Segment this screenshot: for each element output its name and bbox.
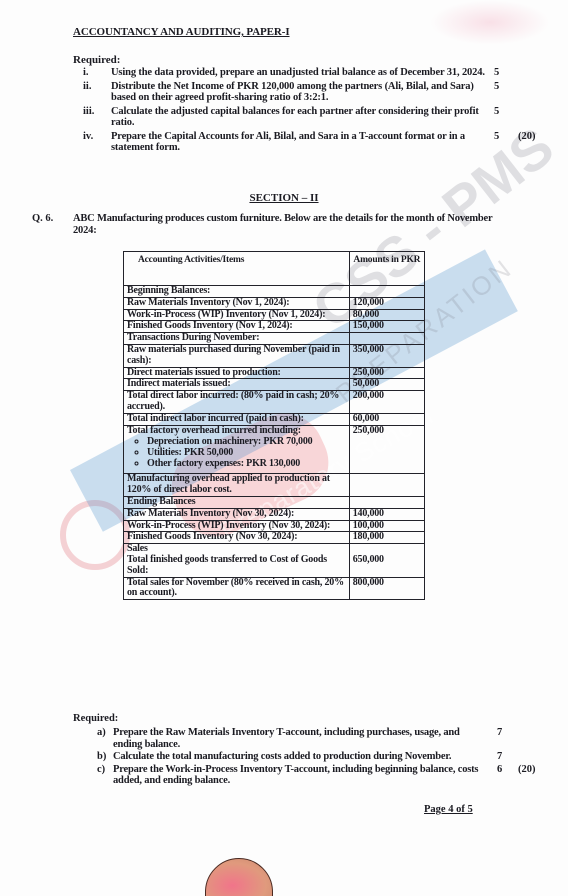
- item-marks: 7: [497, 727, 502, 739]
- section-label: Transactions During November:: [127, 333, 346, 344]
- amount-cell: [349, 474, 424, 497]
- accounting-data-table: Accounting Activities/Items Amounts in P…: [123, 251, 425, 600]
- item-label: Raw materials purchased during November …: [127, 345, 346, 367]
- item-text: Using the data provided, prepare an unad…: [111, 67, 491, 79]
- amount-cell: 250,000: [349, 425, 424, 474]
- item-cell: Finished Goods Inventory (Nov 30, 2024):: [124, 532, 350, 544]
- item-cell: Total factory overhead incurred includin…: [124, 425, 350, 474]
- table-header-row: Accounting Activities/Items Amounts in P…: [124, 252, 425, 286]
- item-label: Raw Materials Inventory (Nov 1, 2024):: [127, 298, 346, 309]
- item-marks: 7: [497, 751, 502, 763]
- item-letter: b): [97, 751, 106, 763]
- item-label: Work-in-Process (WIP) Inventory (Nov 30,…: [127, 521, 346, 532]
- item-label: Total indirect labor incurred (paid in c…: [127, 414, 346, 425]
- item-label: Direct materials issued to production:: [127, 368, 346, 379]
- item-total: (20): [518, 131, 536, 143]
- table-row: Finished Goods Inventory (Nov 1, 2024):1…: [124, 321, 425, 333]
- table-row: Work-in-Process (WIP) Inventory (Nov 30,…: [124, 520, 425, 532]
- item-label: Total factory overhead incurred includin…: [127, 426, 346, 437]
- table-section-row: Beginning Balances:: [124, 286, 425, 298]
- thumb-in-photo: [205, 858, 273, 896]
- amount-cell: [349, 286, 424, 298]
- item-number: ii.: [83, 81, 91, 93]
- item-marks: 5: [494, 67, 499, 79]
- item-label: Indirect materials issued:: [127, 379, 346, 390]
- photo-glare: [430, 0, 550, 45]
- amount-cell: 100,000: [349, 520, 424, 532]
- item-text: Calculate the adjusted capital balances …: [111, 106, 491, 129]
- item-cell: Total sales for November (80% received i…: [124, 577, 350, 600]
- item-cell: Total direct labor incurred: (80% paid i…: [124, 391, 350, 414]
- item-marks: 5: [494, 81, 499, 93]
- requirement-item: c) Prepare the Work-in-Process Inventory…: [73, 764, 543, 787]
- amount-cell: 150,000: [349, 321, 424, 333]
- requirement-item: a) Prepare the Raw Materials Inventory T…: [73, 727, 543, 750]
- requirement-item: b) Calculate the total manufacturing cos…: [73, 751, 543, 763]
- table-row: Raw Materials Inventory (Nov 1, 2024):12…: [124, 297, 425, 309]
- item-cell: Ending Balances: [124, 496, 350, 508]
- item-cell: Raw Materials Inventory (Nov 1, 2024):: [124, 297, 350, 309]
- section-heading: SECTION – II: [0, 192, 568, 204]
- amount-cell: 180,000: [349, 532, 424, 544]
- overhead-item: Depreciation on machinery: PKR 70,000: [147, 436, 346, 447]
- item-cell: Raw Materials Inventory (Nov 30, 2024):: [124, 508, 350, 520]
- item-letter: c): [97, 764, 105, 776]
- table-row: Total factory overhead incurred includin…: [124, 425, 425, 474]
- table-row: Total indirect labor incurred (paid in c…: [124, 413, 425, 425]
- table-section-row: Ending Balances: [124, 496, 425, 508]
- table-row: Total direct labor incurred: (80% paid i…: [124, 391, 425, 414]
- item-letter: a): [97, 727, 106, 739]
- amount-cell: 120,000: [349, 297, 424, 309]
- amount-cell: 60,000: [349, 413, 424, 425]
- item-cell: Work-in-Process (WIP) Inventory (Nov 30,…: [124, 520, 350, 532]
- item-cell: Raw materials purchased during November …: [124, 344, 350, 367]
- item-marks: 6: [497, 764, 502, 776]
- requirement-item: iii. Calculate the adjusted capital bala…: [73, 106, 543, 129]
- overhead-item: Utilities: PKR 50,000: [147, 447, 346, 458]
- item-cell: Beginning Balances:: [124, 286, 350, 298]
- table-row: Total sales for November (80% received i…: [124, 577, 425, 600]
- required-heading-q6: Required:: [73, 713, 118, 724]
- column-header-items: Accounting Activities/Items: [124, 252, 350, 286]
- item-cell: Indirect materials issued:: [124, 379, 350, 391]
- item-number: i.: [83, 67, 89, 79]
- question-intro: ABC Manufacturing produces custom furnit…: [73, 213, 513, 236]
- column-header-amounts: Amounts in PKR: [349, 252, 424, 286]
- paper-title: ACCOUNTANCY AND AUDITING, PAPER-I: [73, 26, 290, 38]
- requirement-item: ii. Distribute the Net Income of PKR 120…: [73, 81, 543, 104]
- required-heading: Required:: [73, 54, 120, 66]
- requirement-item: i. Using the data provided, prepare an u…: [73, 67, 543, 79]
- item-label: Raw Materials Inventory (Nov 30, 2024):: [127, 509, 346, 520]
- item-text: Distribute the Net Income of PKR 120,000…: [111, 81, 491, 104]
- item-label: Manufacturing overhead applied to produc…: [127, 474, 346, 496]
- table-row: Work-in-Process (WIP) Inventory (Nov 1, …: [124, 309, 425, 321]
- amount-cell: [349, 333, 424, 345]
- amount-cell: 350,000: [349, 344, 424, 367]
- requirement-item: iv. Prepare the Capital Accounts for Ali…: [73, 131, 543, 154]
- item-number: iii.: [83, 106, 94, 118]
- table-row: Manufacturing overhead applied to produc…: [124, 474, 425, 497]
- table-row: Raw Materials Inventory (Nov 30, 2024):1…: [124, 508, 425, 520]
- amount-cell: 140,000: [349, 508, 424, 520]
- watermark-emblem-icon: [60, 500, 130, 570]
- item-label: Work-in-Process (WIP) Inventory (Nov 1, …: [127, 310, 346, 321]
- section-label: Beginning Balances:: [127, 286, 346, 297]
- part1-requirements: i. Using the data provided, prepare an u…: [73, 67, 543, 156]
- amount-cell: 650,000: [349, 544, 424, 577]
- item-text: Prepare the Raw Materials Inventory T-ac…: [113, 727, 491, 750]
- table-row: Direct materials issued to production:25…: [124, 367, 425, 379]
- overhead-breakdown-list: Depreciation on machinery: PKR 70,000Uti…: [127, 436, 346, 469]
- item-label: Finished Goods Inventory (Nov 30, 2024):: [127, 532, 346, 543]
- item-sublabel: Total finished goods transferred to Cost…: [127, 555, 346, 577]
- item-cell: Transactions During November:: [124, 333, 350, 345]
- item-cell: Work-in-Process (WIP) Inventory (Nov 1, …: [124, 309, 350, 321]
- item-marks: 5: [494, 106, 499, 118]
- amount-cell: 800,000: [349, 577, 424, 600]
- section-label: Ending Balances: [127, 497, 346, 508]
- amount-cell: 200,000: [349, 391, 424, 414]
- item-label: Total direct labor incurred: (80% paid i…: [127, 391, 346, 413]
- item-label: Total sales for November (80% received i…: [127, 578, 346, 600]
- item-label: Finished Goods Inventory (Nov 1, 2024):: [127, 321, 346, 332]
- item-cell: Direct materials issued to production:: [124, 367, 350, 379]
- item-cell: SalesTotal finished goods transferred to…: [124, 544, 350, 577]
- q6-requirements: a) Prepare the Raw Materials Inventory T…: [73, 727, 543, 788]
- amount-cell: 80,000: [349, 309, 424, 321]
- table-section-row: Transactions During November:: [124, 333, 425, 345]
- item-total: (20): [518, 764, 536, 776]
- item-text: Calculate the total manufacturing costs …: [113, 751, 491, 763]
- table-row: SalesTotal finished goods transferred to…: [124, 544, 425, 577]
- question-number: Q. 6.: [32, 213, 53, 224]
- item-cell: Total indirect labor incurred (paid in c…: [124, 413, 350, 425]
- overhead-item: Other factory expenses: PKR 130,000: [147, 458, 346, 469]
- table-body: Beginning Balances:Raw Materials Invento…: [124, 286, 425, 600]
- amount-cell: [349, 496, 424, 508]
- item-number: iv.: [83, 131, 93, 143]
- item-text: Prepare the Work-in-Process Inventory T-…: [113, 764, 491, 787]
- exam-page: CSS - PMS PREPARATION Preparatory School…: [0, 0, 568, 896]
- amount-cell: 50,000: [349, 379, 424, 391]
- item-text: Prepare the Capital Accounts for Ali, Bi…: [111, 131, 491, 154]
- item-marks: 5: [494, 131, 499, 143]
- page-number: Page 4 of 5: [424, 804, 473, 815]
- table-row: Raw materials purchased during November …: [124, 344, 425, 367]
- item-cell: Finished Goods Inventory (Nov 1, 2024):: [124, 321, 350, 333]
- item-cell: Manufacturing overhead applied to produc…: [124, 474, 350, 497]
- table-row: Finished Goods Inventory (Nov 30, 2024):…: [124, 532, 425, 544]
- amount-cell: 250,000: [349, 367, 424, 379]
- table-row: Indirect materials issued:50,000: [124, 379, 425, 391]
